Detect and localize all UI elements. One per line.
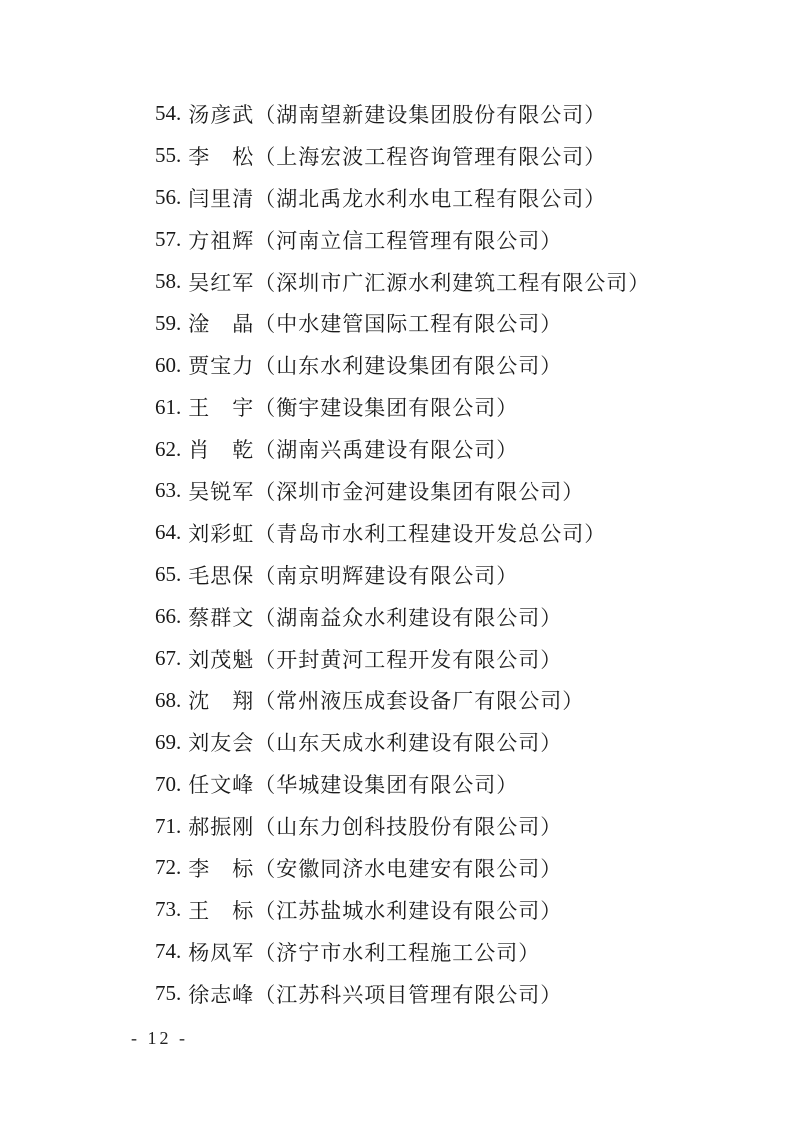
- item-number: 72.: [155, 855, 181, 880]
- company-name: （衡宇建设集团有限公司）: [254, 392, 518, 422]
- company-name: （华城建设集团有限公司）: [254, 769, 518, 799]
- company-name: （安徽同济水电建安有限公司）: [254, 853, 562, 883]
- person-name: 毛思保: [188, 560, 254, 590]
- page-number: - 12 -: [131, 1028, 188, 1049]
- list-item: 58. 吴红军 （深圳市广汇源水利建筑工程有限公司）: [155, 261, 650, 303]
- item-number: 59.: [155, 311, 181, 336]
- person-name: 郝振刚: [188, 811, 254, 841]
- person-name: 吴红军: [188, 267, 254, 297]
- list-item: 73. 王 标 （江苏盐城水利建设有限公司）: [155, 889, 650, 931]
- person-name: 蔡群文: [188, 602, 254, 632]
- item-number: 62.: [155, 437, 181, 462]
- item-number: 69.: [155, 730, 181, 755]
- company-name: （江苏科兴项目管理有限公司）: [254, 979, 562, 1009]
- company-name: （上海宏波工程咨询管理有限公司）: [254, 141, 606, 171]
- item-number: 74.: [155, 939, 181, 964]
- list-item: 64. 刘彩虹 （青岛市水利工程建设开发总公司）: [155, 512, 650, 554]
- list-item: 60. 贾宝力 （山东水利建设集团有限公司）: [155, 344, 650, 386]
- list-item: 57. 方祖辉 （河南立信工程管理有限公司）: [155, 219, 650, 261]
- company-name: （湖南益众水利建设有限公司）: [254, 602, 562, 632]
- item-number: 70.: [155, 772, 181, 797]
- item-number: 75.: [155, 981, 181, 1006]
- list-item: 71. 郝振刚 （山东力创科技股份有限公司）: [155, 805, 650, 847]
- item-number: 68.: [155, 688, 181, 713]
- company-name: （深圳市广汇源水利建筑工程有限公司）: [254, 267, 650, 297]
- list-item: 66. 蔡群文 （湖南益众水利建设有限公司）: [155, 596, 650, 638]
- company-name: （江苏盐城水利建设有限公司）: [254, 895, 562, 925]
- item-number: 61.: [155, 395, 181, 420]
- list-item: 55. 李 松 （上海宏波工程咨询管理有限公司）: [155, 135, 650, 177]
- company-name: （山东力创科技股份有限公司）: [254, 811, 562, 841]
- awardee-list: 54. 汤彦武 （湖南望新建设集团股份有限公司） 55. 李 松 （上海宏波工程…: [155, 93, 650, 1015]
- list-item: 63. 吴锐军 （深圳市金河建设集团有限公司）: [155, 470, 650, 512]
- company-name: （青岛市水利工程建设开发总公司）: [254, 518, 606, 548]
- item-number: 64.: [155, 520, 181, 545]
- item-number: 55.: [155, 143, 181, 168]
- list-item: 68. 沈 翔 （常州液压成套设备厂有限公司）: [155, 679, 650, 721]
- item-number: 65.: [155, 562, 181, 587]
- person-name: 刘茂魁: [188, 644, 254, 674]
- person-name: 李 标: [188, 853, 254, 883]
- person-name: 任文峰: [188, 769, 254, 799]
- person-name: 吴锐军: [188, 476, 254, 506]
- document-page: 54. 汤彦武 （湖南望新建设集团股份有限公司） 55. 李 松 （上海宏波工程…: [0, 0, 800, 1131]
- item-number: 60.: [155, 353, 181, 378]
- person-name: 王 宇: [188, 392, 254, 422]
- person-name: 贾宝力: [188, 350, 254, 380]
- list-item: 72. 李 标 （安徽同济水电建安有限公司）: [155, 847, 650, 889]
- company-name: （开封黄河工程开发有限公司）: [254, 644, 562, 674]
- item-number: 63.: [155, 478, 181, 503]
- person-name: 肖 乾: [188, 434, 254, 464]
- person-name: 王 标: [188, 895, 254, 925]
- company-name: （山东水利建设集团有限公司）: [254, 350, 562, 380]
- company-name: （济宁市水利工程施工公司）: [254, 937, 540, 967]
- company-name: （湖南兴禹建设有限公司）: [254, 434, 518, 464]
- person-name: 淦 晶: [188, 308, 254, 338]
- item-number: 66.: [155, 604, 181, 629]
- person-name: 刘友会: [188, 727, 254, 757]
- person-name: 杨凤军: [188, 937, 254, 967]
- person-name: 方祖辉: [188, 225, 254, 255]
- list-item: 70. 任文峰 （华城建设集团有限公司）: [155, 763, 650, 805]
- person-name: 沈 翔: [188, 685, 254, 715]
- person-name: 闫里清: [188, 183, 254, 213]
- company-name: （山东天成水利建设有限公司）: [254, 727, 562, 757]
- person-name: 汤彦武: [188, 99, 254, 129]
- company-name: （深圳市金河建设集团有限公司）: [254, 476, 584, 506]
- list-item: 69. 刘友会 （山东天成水利建设有限公司）: [155, 721, 650, 763]
- list-item: 74. 杨凤军 （济宁市水利工程施工公司）: [155, 931, 650, 973]
- item-number: 67.: [155, 646, 181, 671]
- list-item: 56. 闫里清 （湖北禹龙水利水电工程有限公司）: [155, 177, 650, 219]
- list-item: 54. 汤彦武 （湖南望新建设集团股份有限公司）: [155, 93, 650, 135]
- company-name: （河南立信工程管理有限公司）: [254, 225, 562, 255]
- company-name: （中水建管国际工程有限公司）: [254, 308, 562, 338]
- person-name: 刘彩虹: [188, 518, 254, 548]
- company-name: （湖北禹龙水利水电工程有限公司）: [254, 183, 606, 213]
- company-name: （南京明辉建设有限公司）: [254, 560, 518, 590]
- item-number: 56.: [155, 185, 181, 210]
- list-item: 59. 淦 晶 （中水建管国际工程有限公司）: [155, 302, 650, 344]
- list-item: 62. 肖 乾 （湖南兴禹建设有限公司）: [155, 428, 650, 470]
- person-name: 李 松: [188, 141, 254, 171]
- item-number: 57.: [155, 227, 181, 252]
- list-item: 75. 徐志峰 （江苏科兴项目管理有限公司）: [155, 973, 650, 1015]
- company-name: （常州液压成套设备厂有限公司）: [254, 685, 584, 715]
- list-item: 61. 王 宇 （衡宇建设集团有限公司）: [155, 386, 650, 428]
- item-number: 58.: [155, 269, 181, 294]
- item-number: 54.: [155, 101, 181, 126]
- company-name: （湖南望新建设集团股份有限公司）: [254, 99, 606, 129]
- person-name: 徐志峰: [188, 979, 254, 1009]
- item-number: 73.: [155, 897, 181, 922]
- item-number: 71.: [155, 814, 181, 839]
- list-item: 65. 毛思保 （南京明辉建设有限公司）: [155, 554, 650, 596]
- list-item: 67. 刘茂魁 （开封黄河工程开发有限公司）: [155, 638, 650, 680]
